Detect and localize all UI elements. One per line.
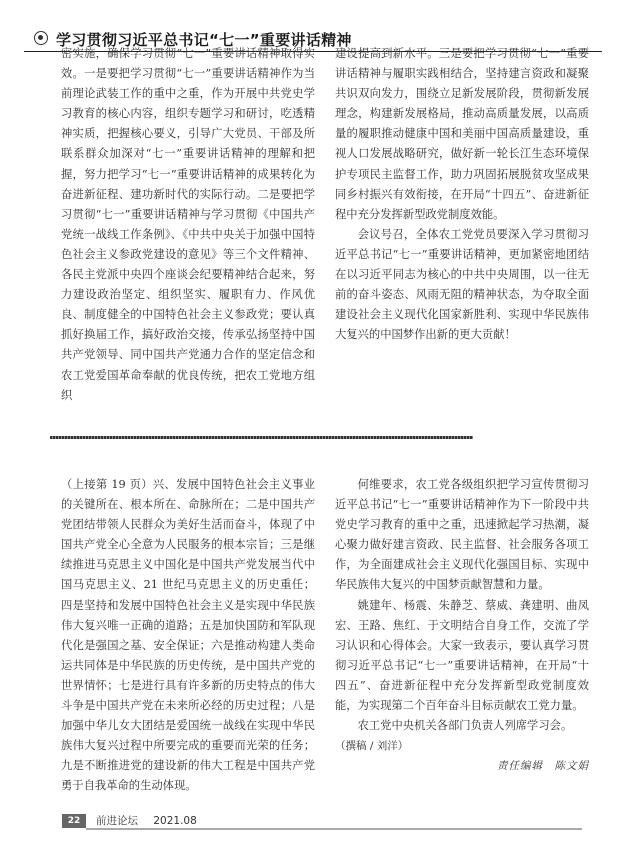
paragraph: （上接第 19 页）兴、发展中国特色社会主义事业的关键所在、根本所在、命脉所在；… — [61, 475, 315, 797]
section-divider — [50, 436, 473, 439]
paragraph: 姚建年、杨震、朱静芝、蔡威、龚建明、曲凤宏、王路、焦红、于文明结合自身工作，交流… — [335, 596, 589, 717]
paragraph: 会议号召，全体农工党党员要深入学习贯彻习近平总书记“七一”重要讲话精神，更加紧密… — [335, 225, 589, 346]
bottom-left-column: （上接第 19 页）兴、发展中国特色社会主义事业的关键所在、根本所在、命脉所在；… — [61, 475, 315, 797]
bottom-right-column: 何维要求，农工党各级组织把学习宣传贯彻习近平总书记“七一”重要讲话精神作为下一阶… — [335, 475, 589, 776]
page-number: 22 — [62, 814, 86, 828]
paragraph: 密实施，确保学习贯彻“七一”重要讲话精神取得实效。一是要把学习贯彻“七一”重要讲… — [61, 44, 315, 406]
top-left-column: 密实施，确保学习贯彻“七一”重要讲话精神取得实效。一是要把学习贯彻“七一”重要讲… — [61, 44, 315, 406]
circle-bullet-icon — [34, 31, 48, 45]
footer-info: 前进论坛 2021.08 — [96, 813, 209, 828]
editor-credit: 责任编辑 陈文娟 — [335, 756, 589, 776]
paragraph: 农工党中央机关各部门负责人列席学习会。 — [335, 716, 589, 736]
paragraph: 何维要求，农工党各级组织把学习宣传贯彻习近平总书记“七一”重要讲话精神作为下一阶… — [335, 475, 589, 596]
magazine-name: 前进论坛 — [96, 815, 138, 827]
paragraph: 建设提高到新水平。三是要把学习贯彻“七一”重要讲话精神与履职实践相结合，坚持建言… — [335, 44, 589, 225]
issue-date: 2021.08 — [153, 815, 196, 827]
top-right-column: 建设提高到新水平。三是要把学习贯彻“七一”重要讲话精神与履职实践相结合，坚持建言… — [335, 44, 589, 345]
byline: （撰稿 / 刘洋） — [335, 736, 589, 756]
footer-rule — [86, 828, 582, 830]
